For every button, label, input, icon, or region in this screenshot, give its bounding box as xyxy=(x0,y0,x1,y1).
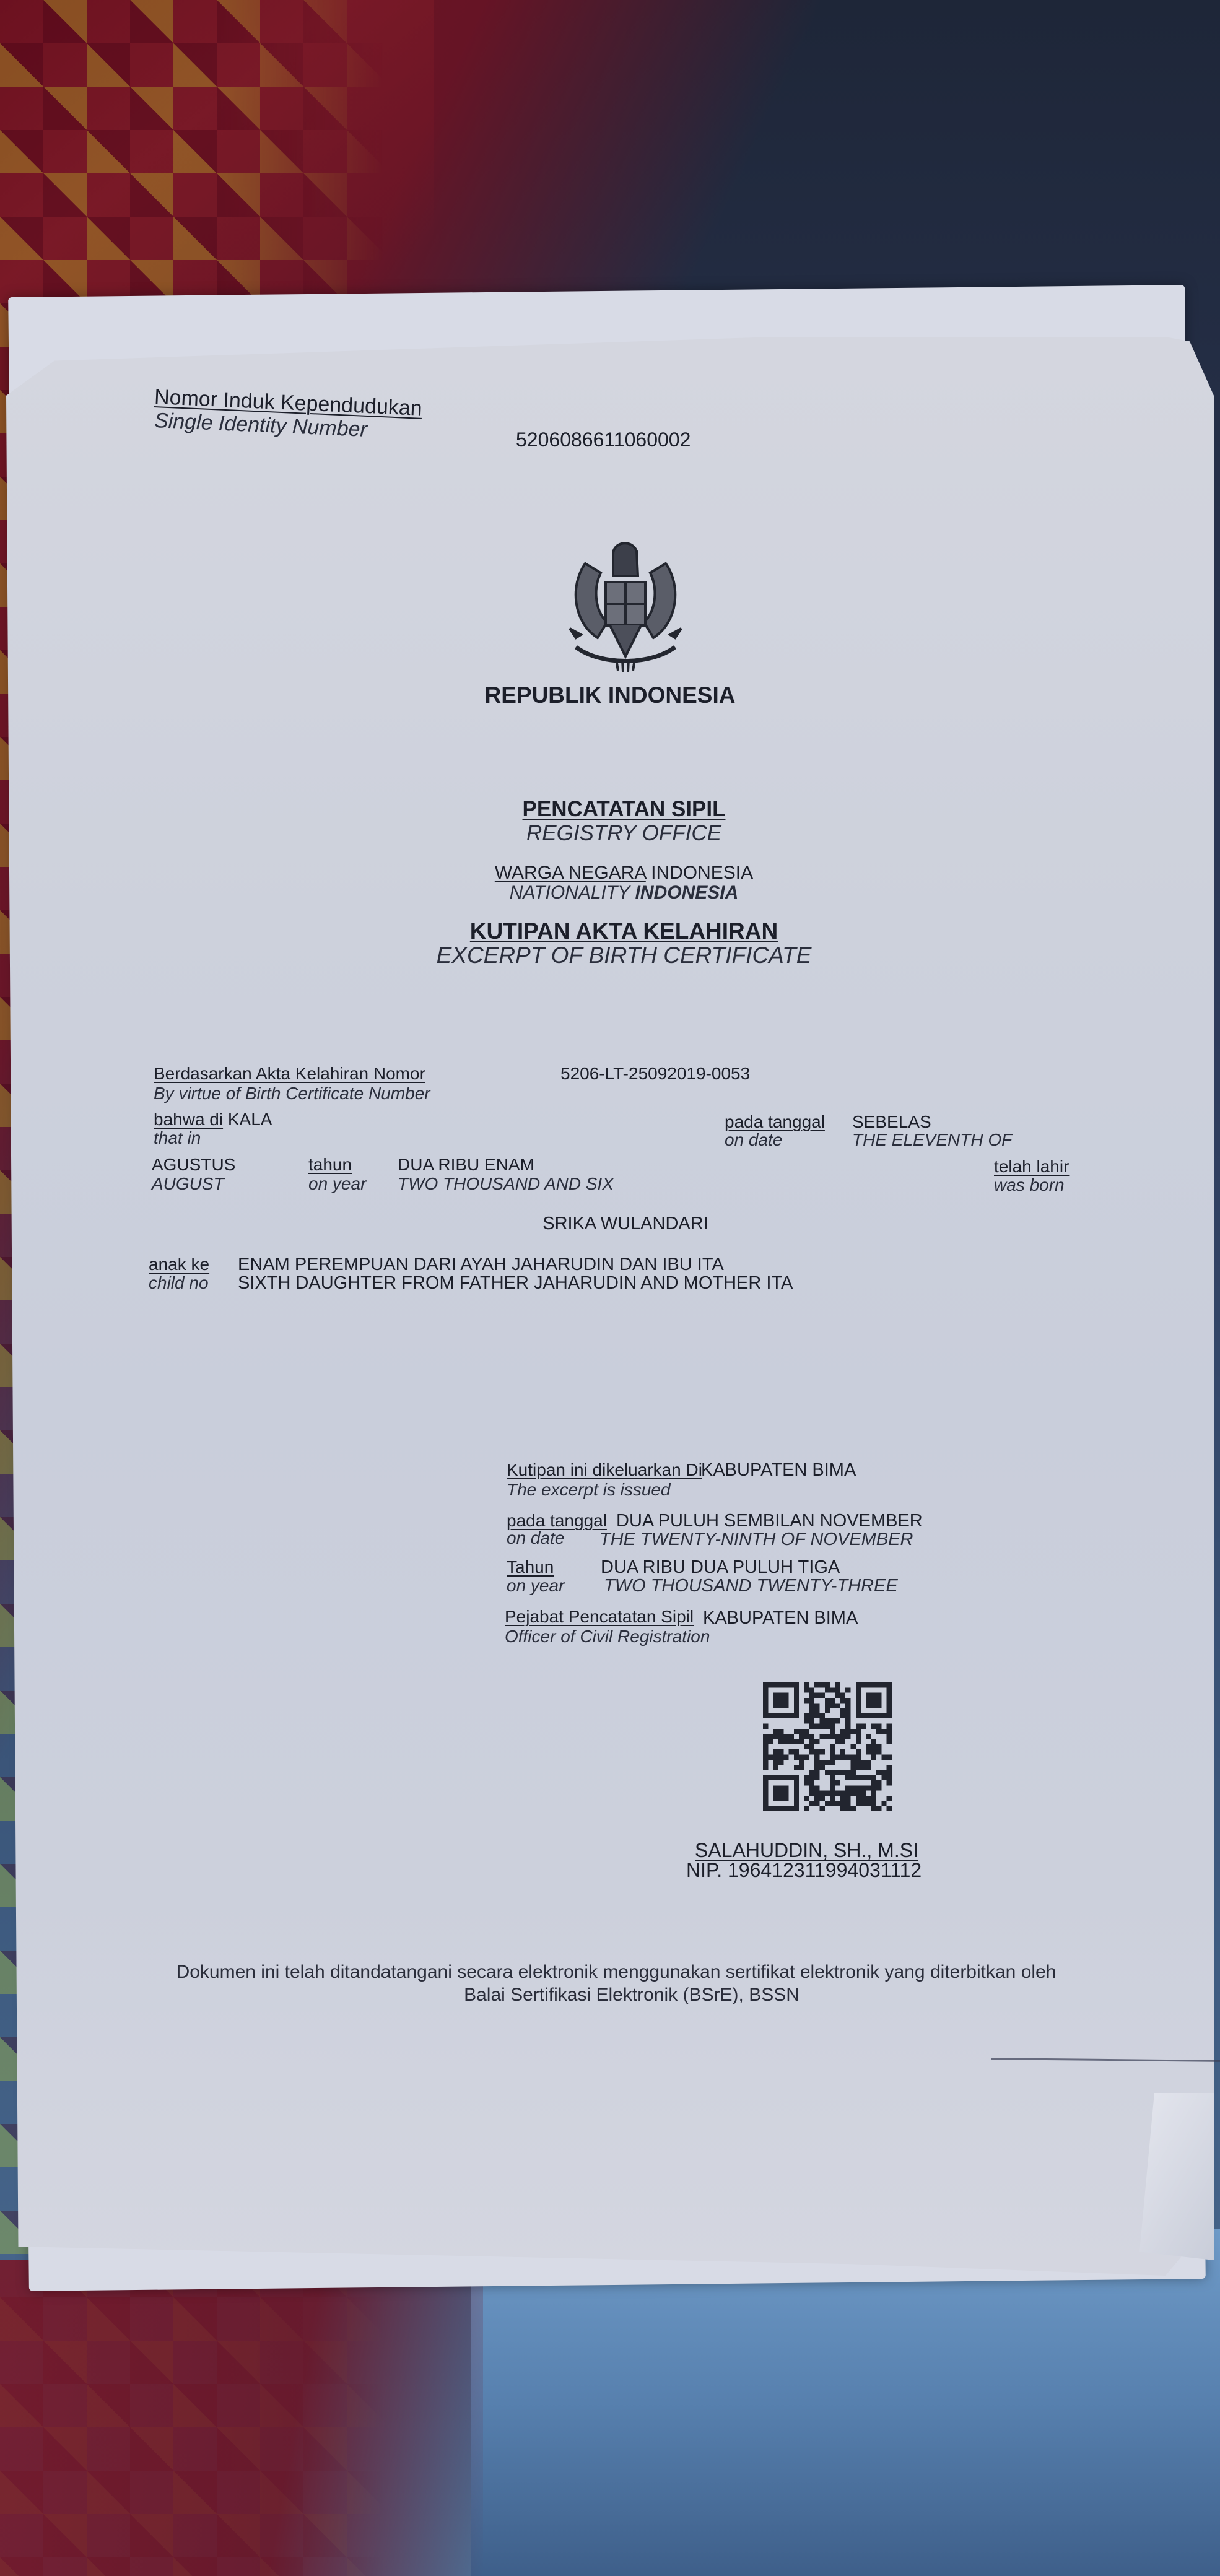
nationality-label: WARGA NEGARA xyxy=(495,863,646,883)
birth-day-value: SEBELAS xyxy=(852,1112,931,1132)
issue-date-value: DUA PULUH SEMBILAN NOVEMBER xyxy=(616,1511,923,1531)
nationality-value: INDONESIA xyxy=(651,863,753,883)
nik-value: 5206086611060002 xyxy=(516,429,691,451)
officer-label: Pejabat Pencatatan Sipil xyxy=(505,1607,694,1627)
birth-day-value-en: THE ELEVENTH OF xyxy=(852,1130,1012,1150)
e-signature-note: Dokumen ini telah ditandatangani secara … xyxy=(0,1962,1220,1983)
born-label-en: was born xyxy=(994,1175,1065,1195)
issue-date-label-en: on date xyxy=(507,1528,564,1548)
birth-place-row: bahwa di KALA xyxy=(154,1110,272,1129)
birth-date-label-en: on date xyxy=(725,1130,782,1150)
issue-year-value-en: TWO THOUSAND TWENTY-THREE xyxy=(604,1576,898,1596)
birth-month-value-en: AUGUST xyxy=(152,1174,224,1194)
officer-label-en: Officer of Civil Registration xyxy=(505,1627,710,1647)
country-title: REPUBLIK INDONESIA xyxy=(0,682,1220,708)
nationality-value-en: INDONESIA xyxy=(635,882,739,903)
birth-place-label: bahwa di xyxy=(154,1110,223,1129)
birth-year-value: DUA RIBU ENAM xyxy=(398,1155,534,1175)
issued-label-en: The excerpt is issued xyxy=(507,1480,671,1500)
office-title: PENCATATAN SIPIL xyxy=(0,797,1220,822)
garuda-emblem-icon xyxy=(551,529,700,678)
document-title: KUTIPAN AKTA KELAHIRAN xyxy=(0,918,1220,944)
issue-year-label-en: on year xyxy=(507,1576,564,1596)
issued-place: KABUPATEN BIMA xyxy=(701,1460,856,1481)
nationality-row-en: NATIONALITY INDONESIA xyxy=(0,882,1220,903)
birth-year-label: tahun xyxy=(308,1155,352,1175)
birth-month-value: AGUSTUS xyxy=(152,1155,235,1175)
nationality-label-en: NATIONALITY xyxy=(510,882,630,903)
background-red-diamond-pattern xyxy=(0,2260,483,2576)
cert-number-label: Berdasarkan Akta Kelahiran Nomor xyxy=(154,1064,425,1084)
e-signature-issuer: Balai Sertifikasi Elektronik (BSrE), BSS… xyxy=(0,1985,1220,2006)
issue-date-value-en: THE TWENTY-NINTH OF NOVEMBER xyxy=(599,1529,913,1550)
child-name: SRIKA WULANDARI xyxy=(0,1214,1220,1234)
child-order-label-en: child no xyxy=(149,1273,209,1293)
child-order-value-en: SIXTH DAUGHTER FROM FATHER JAHARUDIN AND… xyxy=(238,1273,793,1294)
birth-place-label-en: that in xyxy=(154,1128,201,1148)
office-title-en: REGISTRY OFFICE xyxy=(0,821,1220,846)
officer-value: KABUPATEN BIMA xyxy=(703,1608,858,1629)
nationality-row: WARGA NEGARA INDONESIA xyxy=(0,863,1220,884)
born-label: telah lahir xyxy=(994,1157,1069,1177)
birth-year-value-en: TWO THOUSAND AND SIX xyxy=(398,1174,614,1194)
cert-number-value: 5206-LT-25092019-0053 xyxy=(560,1064,750,1084)
issued-label: Kutipan ini dikeluarkan Di xyxy=(507,1460,702,1480)
qr-code-icon xyxy=(763,1681,892,1812)
signer-nip: NIP. 196412311994031112 xyxy=(686,1859,922,1882)
birth-date-label: pada tanggal xyxy=(725,1112,825,1132)
child-order-label: anak ke xyxy=(149,1255,209,1274)
birth-year-label-en: on year xyxy=(308,1174,366,1194)
issue-year-value: DUA RIBU DUA PULUH TIGA xyxy=(601,1557,840,1578)
birth-place-value: KALA xyxy=(228,1110,272,1129)
document-title-en: EXCERPT OF BIRTH CERTIFICATE xyxy=(0,942,1220,968)
cert-number-label-en: By virtue of Birth Certificate Number xyxy=(154,1084,430,1103)
child-order-value: ENAM PEREMPUAN DARI AYAH JAHARUDIN DAN I… xyxy=(238,1255,724,1275)
issue-year-label: Tahun xyxy=(507,1557,554,1577)
